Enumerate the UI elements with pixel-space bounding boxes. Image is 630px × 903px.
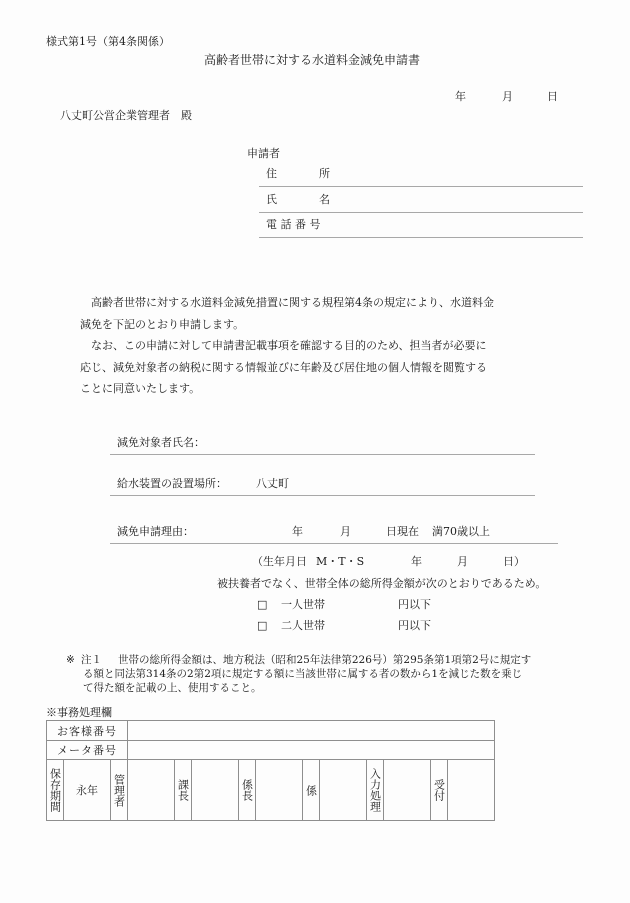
note-line-1: 世帯の総所得金額は、地方税法（昭和25年法律第226号）第295条第1項第2号に… [118,655,531,666]
birth-day-close: 日） [503,556,525,567]
subsection-chief-stamp-field[interactable] [256,760,303,821]
option-single-amount-suffix: 円以下 [398,599,431,610]
option-two-label: 二人世帯 [281,620,325,631]
application-statement: 高齢者世帯に対する水道料金減免措置に関する規程第4条の規定により、水道料金 減免… [80,292,540,400]
section-chief-stamp-field[interactable] [192,760,239,821]
staff-label: 係 [306,785,317,796]
office-use-table: お客様番号 メータ番号 保存期間 永年 管理者 課長 係長 係 入力処理 受付 [46,720,495,821]
reason-age: 満70歳以上 [432,526,490,537]
name-label-a: 氏 [266,194,277,205]
meter-number-field[interactable] [128,741,495,760]
meter-number-label: メータ番号 [47,741,128,760]
date-month-label: 月 [502,91,513,102]
reason-field[interactable] [110,543,558,544]
addressee: 八丈町公営企業管理者 殿 [60,110,192,121]
data-entry-label: 入力処理 [370,768,381,812]
address-label-b: 所 [319,168,330,179]
data-entry-stamp-field[interactable] [384,760,431,821]
reception-stamp-field[interactable] [448,760,495,821]
section-chief-label-cell: 課長 [175,760,192,821]
note-line-3: て得た額を記載の上、使用すること。 [83,683,262,694]
note-label: 注１ [81,655,102,666]
manager-label: 管理者 [114,774,125,807]
phone-field[interactable] [259,237,583,238]
address-field[interactable] [259,186,583,187]
reception-label-cell: 受付 [431,760,448,821]
subsection-chief-label: 係長 [242,779,253,801]
form-number: 様式第1号（第4条関係） [46,36,170,47]
income-statement: 被扶養者でなく、世帯全体の総所得金額が次のとおりであるため。 [217,578,546,589]
address-label-a: 住 [266,168,277,179]
birth-year: 年 [411,556,422,567]
paragraph-2-line-3: ことに同意いたします。 [80,378,540,400]
option-two-amount-suffix: 円以下 [398,620,431,631]
option-two-checkbox[interactable]: □ [257,620,267,631]
subsection-chief-label-cell: 係長 [239,760,256,821]
target-name-label: 減免対象者氏名： [117,437,205,448]
location-label: 給水装置の設置場所： [117,478,227,489]
customer-number-field[interactable] [128,721,495,741]
target-name-field[interactable] [110,454,535,455]
customer-number-label: お客様番号 [47,721,128,741]
reason-year: 年 [292,526,303,537]
applicant-heading: 申請者 [247,148,280,159]
note-line-2: る額と同法第314条の2第2項に規定する額に当該世帯に属する者の数から1を減じた… [83,669,522,680]
paragraph-2-line-2: 応じ、減免対象者の納税に関する情報並びに年齢及び居住地の個人情報を閲覧する [80,357,540,379]
phone-label: 電 話 番 号 [266,219,321,230]
reason-month: 月 [340,526,351,537]
retention-label-cell: 保存期間 [47,760,64,821]
date-year-label: 年 [455,91,466,102]
option-single-checkbox[interactable]: □ [257,599,267,610]
section-chief-label: 課長 [178,779,189,801]
note-mark: ※ [66,655,75,666]
staff-label-cell: 係 [303,760,320,821]
manager-label-cell: 管理者 [111,760,128,821]
option-single-label: 一人世帯 [281,599,325,610]
birth-date-open: （生年月日 [252,556,307,567]
paragraph-1-line-1: 高齢者世帯に対する水道料金減免措置に関する規程第4条の規定により、水道料金 [80,292,540,314]
reason-label: 減免申請理由： [117,526,194,537]
date-day-label: 日 [547,91,558,102]
office-use-heading: ※事務処理欄 [46,707,112,718]
paragraph-1-line-2: 減免を下記のとおり申請します。 [80,314,540,336]
paragraph-2-line-1: なお、この申請に対して申請書記載事項を確認する目的のため、担当者が必要に [80,335,540,357]
document-title: 高齢者世帯に対する水道料金減免申請書 [204,54,420,66]
reception-label: 受付 [434,779,445,801]
data-entry-label-cell: 入力処理 [367,760,384,821]
retention-label: 保存期間 [50,768,61,812]
manager-stamp-field[interactable] [128,760,175,821]
birth-era-options[interactable]: M・T・S [316,556,364,567]
location-value: 八丈町 [256,478,289,489]
retention-value: 永年 [64,760,111,821]
name-label-b: 名 [319,194,330,205]
staff-stamp-field[interactable] [320,760,367,821]
location-field[interactable] [110,495,535,496]
name-field[interactable] [259,212,583,213]
reason-day-as-of: 日現在 [386,526,419,537]
birth-month: 月 [457,556,468,567]
